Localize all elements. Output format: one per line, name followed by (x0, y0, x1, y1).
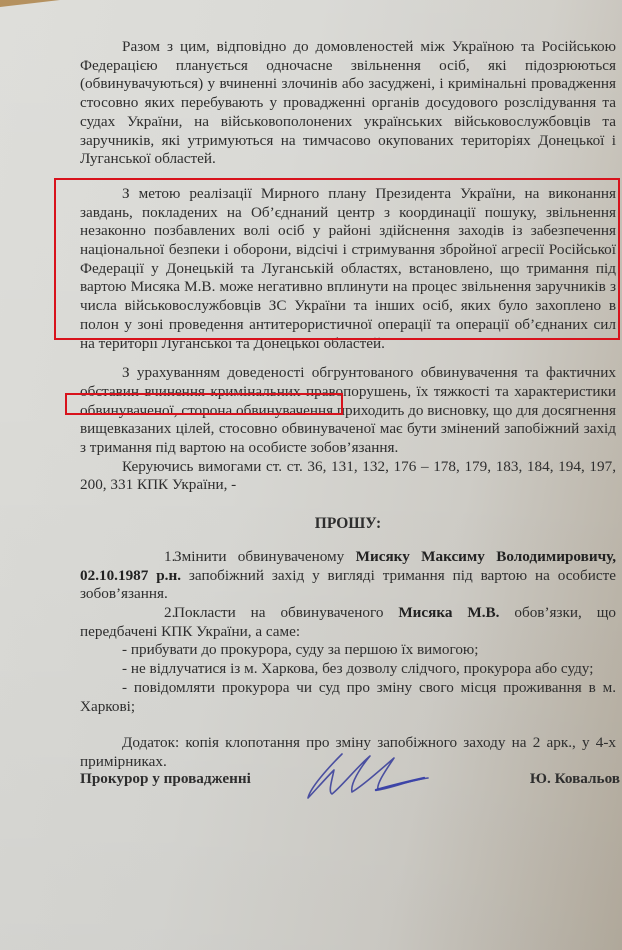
request-item-1: 1.Змінити обвинуваченому Мисяку Максиму … (80, 548, 616, 604)
signer-role: Прокурор у провадженні (80, 770, 251, 788)
handwritten-signature-icon (298, 748, 438, 808)
paragraph-legal-basis: Керуючись вимогами ст. ст. 36, 131, 132,… (80, 458, 616, 495)
accused-short-name: Мисяка М.В. (398, 604, 499, 621)
obligation-item: - повідомляти прокурора чи суд про зміну… (80, 679, 616, 716)
paragraph-exchange-plan: Разом з цим, відповідно до домовленостей… (80, 38, 616, 169)
request-item-number: 2. (122, 604, 174, 623)
request-heading: ПРОШУ: (80, 515, 616, 534)
obligation-item: - не відлучатися із м. Харкова, без дозв… (80, 660, 616, 679)
signature-block: Прокурор у провадженні Ю. Ковальов (80, 768, 620, 808)
document-page: Разом з цим, відповідно до домовленостей… (80, 38, 616, 772)
paragraph-conclusion: З урахуванням доведеності обгрунтованого… (80, 364, 616, 458)
request-item-number: 1. (122, 548, 174, 567)
request-item-2: 2.Покласти на обвинуваченого Мисяка М.В.… (80, 604, 616, 641)
page-corner-shadow (0, 0, 60, 7)
signer-name: Ю. Ковальов (530, 770, 620, 788)
obligation-item: - прибувати до прокурора, суду за першою… (80, 641, 616, 660)
paragraph-peace-plan-highlighted: З метою реалізації Мирного плану Президе… (80, 185, 616, 353)
